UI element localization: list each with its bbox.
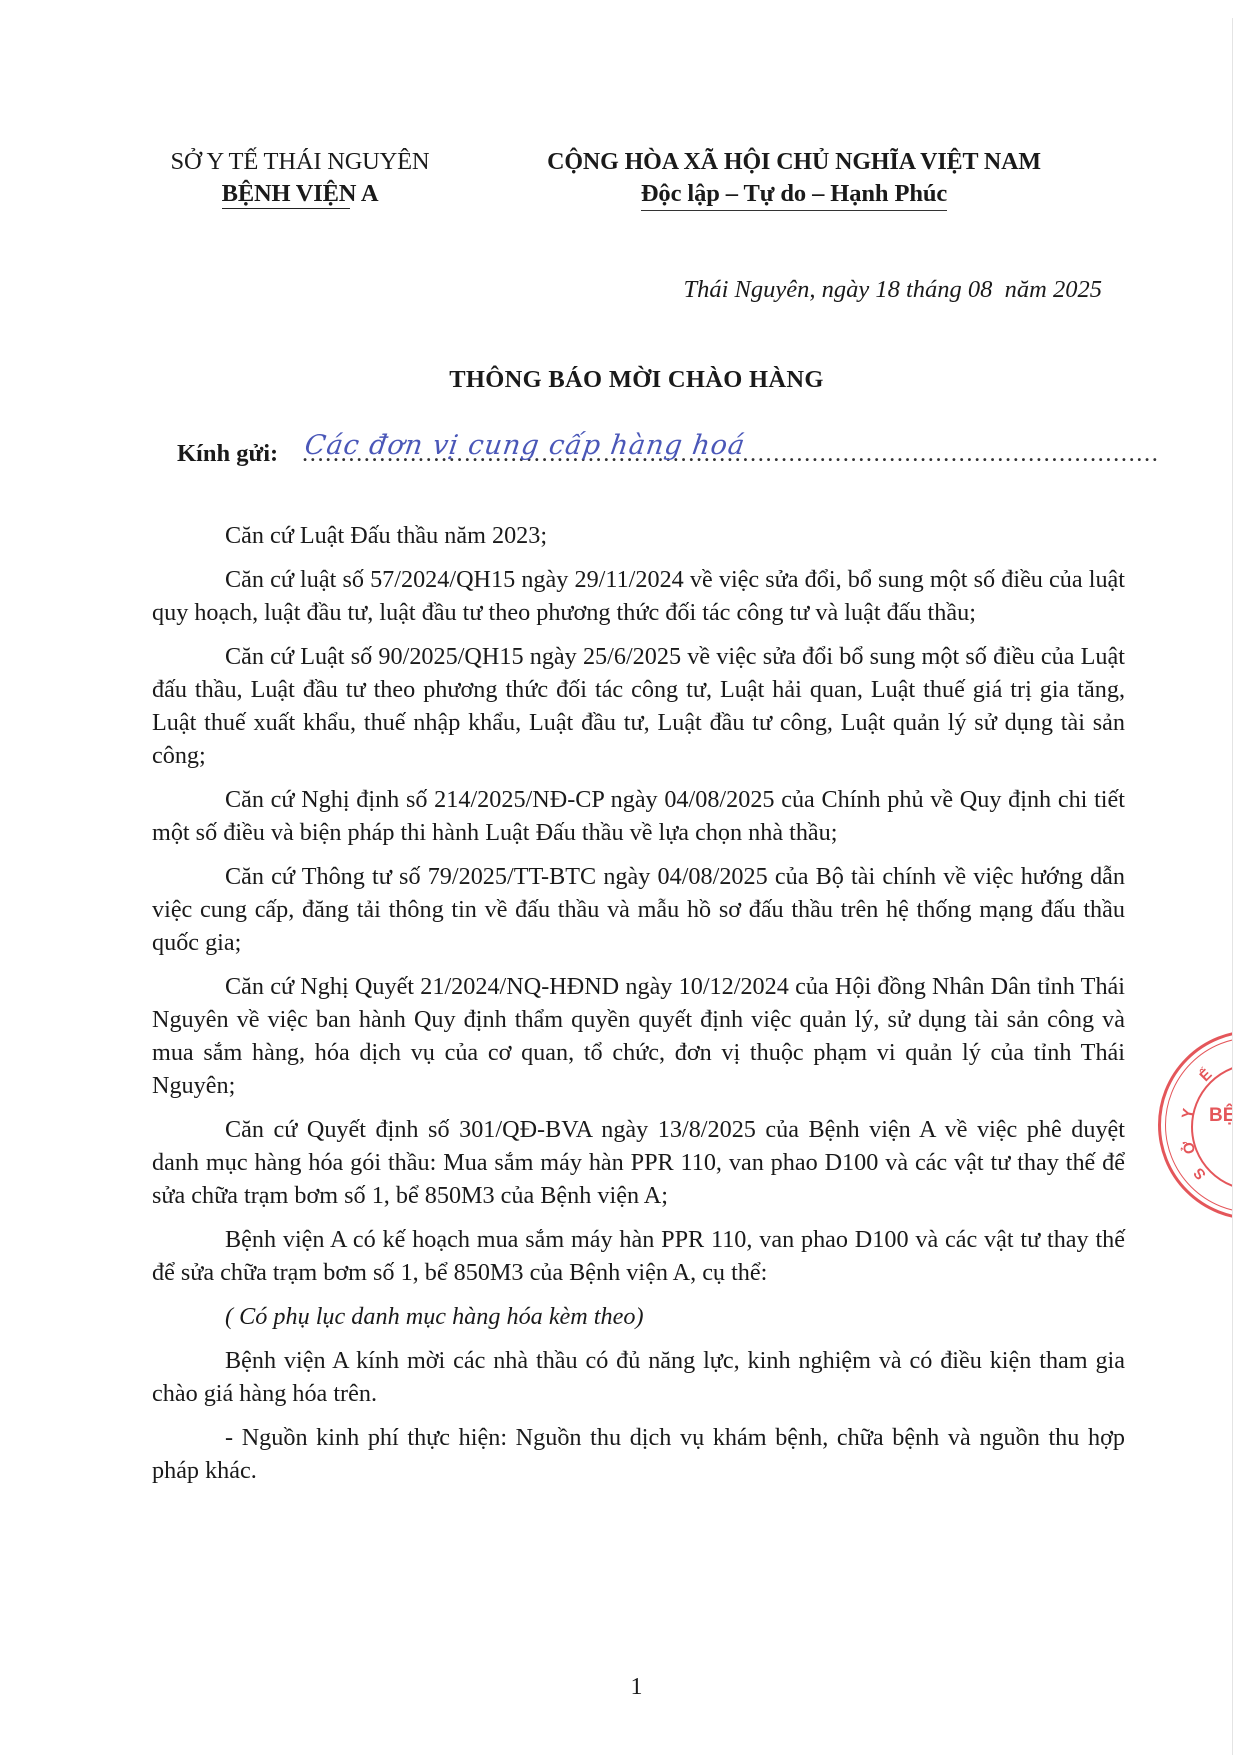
- recipient-handwritten-value: Các đơn vị cung cấp hàng hoá: [303, 430, 748, 461]
- recipient-label: Kính gửi:: [177, 440, 278, 467]
- national-header-block: CỘNG HÒA XÃ HỘI CHỦ NGHĨA VIỆT NAM Độc l…: [494, 146, 1094, 210]
- red-seal-stamp: T Ế Y Ở S BỆN: [1158, 1030, 1233, 1220]
- document-title: THÔNG BÁO MỜI CHÀO HÀNG: [0, 366, 1233, 394]
- paragraph-legal-basis-3: Căn cứ Luật số 90/2025/QH15 ngày 25/6/20…: [152, 640, 1125, 772]
- national-motto: Độc lập – Tự do – Hạnh Phúc: [641, 178, 947, 210]
- parent-organization: SỞ Y TẾ THÁI NGUYÊN: [140, 146, 460, 178]
- issuing-authority-block: SỞ Y TẾ THÁI NGUYÊN BỆNH VIỆN A: [140, 146, 460, 210]
- paragraph-invitation: Bệnh viện A kính mời các nhà thầu có đủ …: [152, 1344, 1125, 1410]
- organization-name: BỆNH VIỆN A: [222, 178, 379, 210]
- paragraph-procurement-plan: Bệnh viện A có kế hoạch mua sắm máy hàn …: [152, 1223, 1125, 1289]
- paragraph-legal-basis-6: Căn cứ Nghị Quyết 21/2024/NQ-HĐND ngày 1…: [152, 970, 1125, 1102]
- paragraph-legal-basis-4: Căn cứ Nghị định số 214/2025/NĐ-CP ngày …: [152, 783, 1125, 849]
- stamp-center-text: BỆN: [1209, 1105, 1233, 1127]
- scan-page-edge: [1232, 18, 1233, 1755]
- paragraph-funding-source: - Nguồn kinh phí thực hiện: Nguồn thu dị…: [152, 1421, 1125, 1487]
- place-and-date: Thái Nguyên, ngày 18 tháng 08 năm 2025: [683, 276, 1102, 304]
- paragraph-appendix-note: ( Có phụ lục danh mục hàng hóa kèm theo): [152, 1300, 1125, 1333]
- page-number: 1: [0, 1674, 1233, 1701]
- paragraph-legal-basis-7: Căn cứ Quyết định số 301/QĐ-BVA ngày 13/…: [152, 1113, 1125, 1212]
- paragraph-legal-basis-1: Căn cứ Luật Đấu thầu năm 2023;: [152, 519, 1125, 552]
- paragraph-legal-basis-2: Căn cứ luật số 57/2024/QH15 ngày 29/11/2…: [152, 563, 1125, 629]
- recipient-line: Kính gửi: ..............................…: [177, 440, 278, 468]
- paragraph-legal-basis-5: Căn cứ Thông tư số 79/2025/TT-BTC ngày 0…: [152, 860, 1125, 959]
- national-title: CỘNG HÒA XÃ HỘI CHỦ NGHĨA VIỆT NAM: [494, 146, 1094, 178]
- document-body: Căn cứ Luật Đấu thầu năm 2023; Căn cứ lu…: [152, 519, 1125, 1498]
- document-page: SỞ Y TẾ THÁI NGUYÊN BỆNH VIỆN A CỘNG HÒA…: [0, 0, 1233, 1755]
- stamp-arc-char: Y: [1179, 1107, 1197, 1120]
